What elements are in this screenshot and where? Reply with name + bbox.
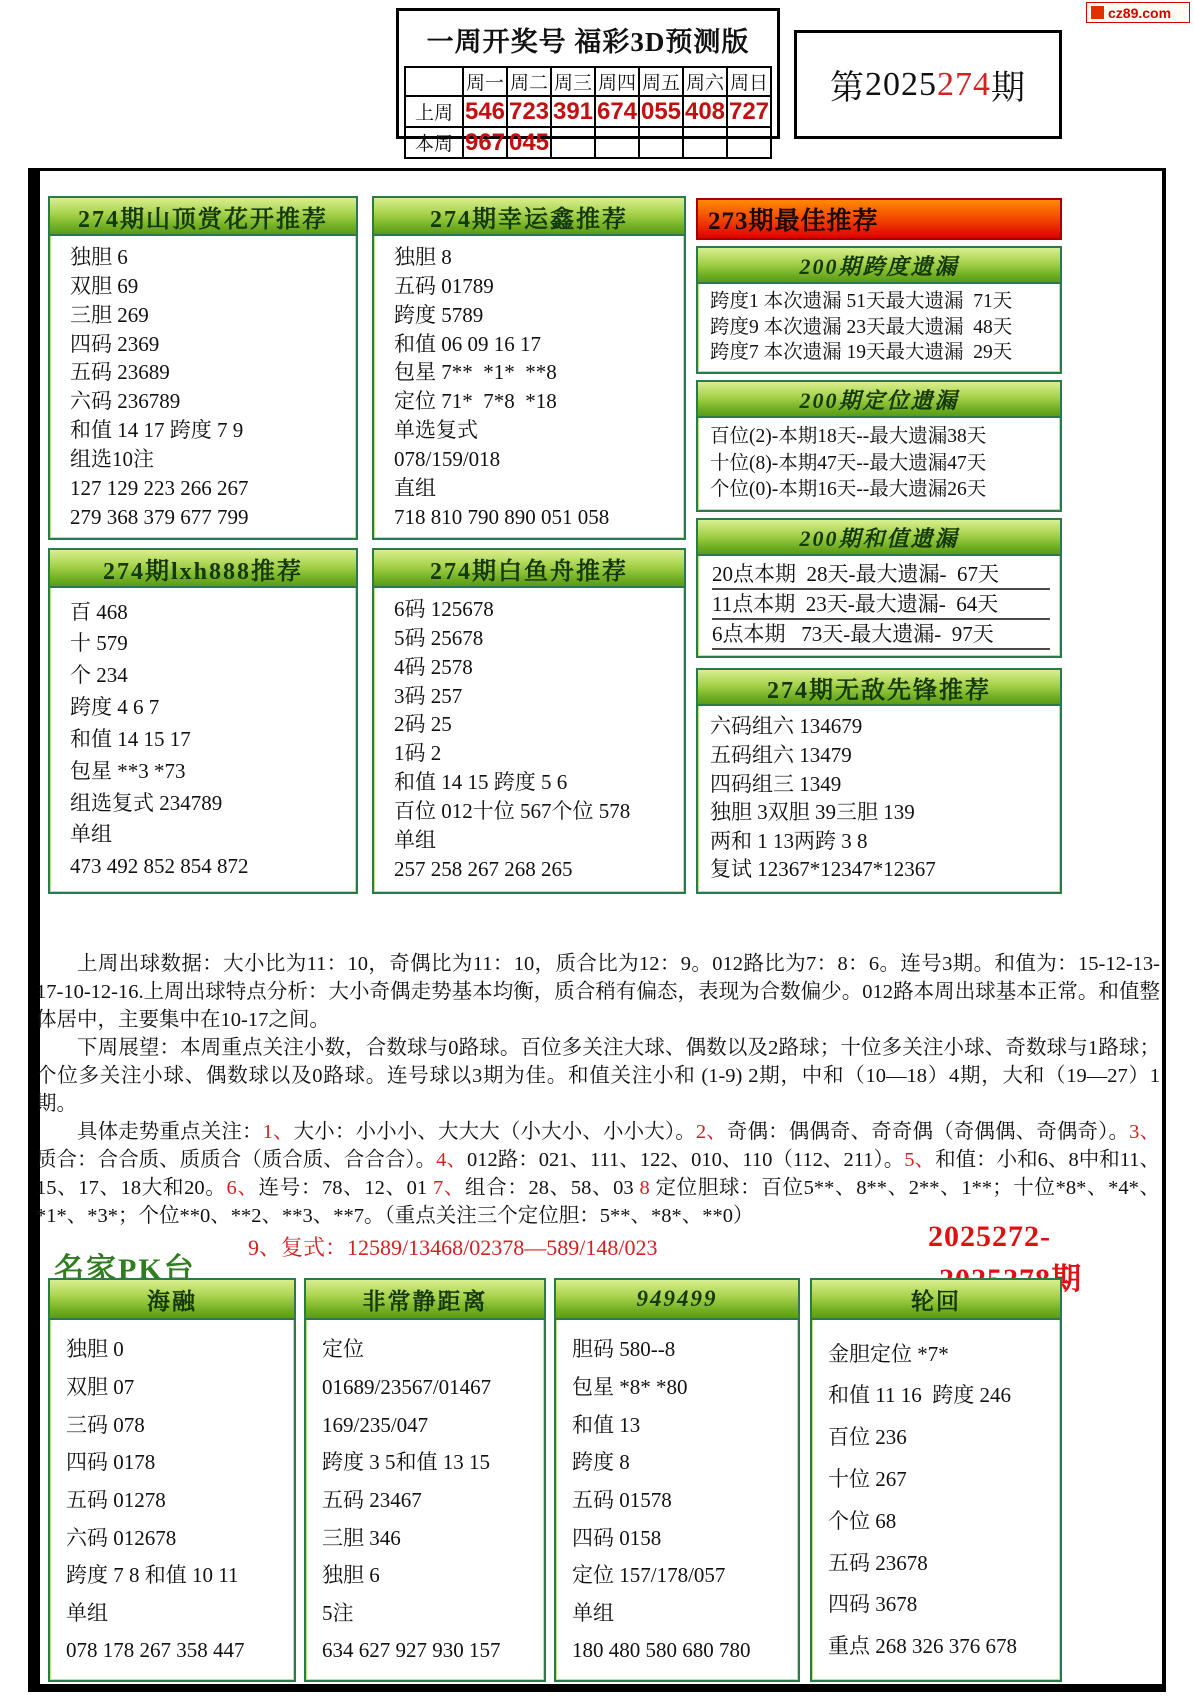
text-line: 五码 23678: [828, 1551, 1050, 1575]
text-line: 六码 012678: [66, 1526, 284, 1550]
text-line: 和值 11 16 跨度 246: [828, 1383, 1050, 1407]
text-line: 跨度 7 8 和值 10 11: [66, 1563, 284, 1587]
text-segment: 质合：合合质、质质合（质合质、合合合）。: [36, 1149, 436, 1171]
text-line: 独胆 8: [394, 245, 674, 269]
text-line: 四码 3678: [828, 1592, 1050, 1616]
panel-xingyunxin: 274期幸运鑫推荐 独胆 8五码 01789跨度 5789和值 06 09 16…: [372, 196, 686, 540]
text-line: 01689/23567/01467: [322, 1375, 534, 1399]
panel-lunhui: 轮回 金胆定位 *7*和值 11 16 跨度 246百位 236十位 267个位…: [810, 1278, 1062, 1682]
text-line: 独胆 6: [322, 1563, 534, 1587]
text-line: 跨度 4 6 7: [70, 695, 346, 719]
text-line: 127 129 223 266 267: [70, 476, 346, 500]
panel-title: 274期白鱼舟推荐: [374, 550, 684, 588]
text-line: 169/235/047: [322, 1413, 534, 1437]
text-line: 257 258 267 268 265: [394, 857, 674, 881]
text-line: 四码 2369: [70, 332, 346, 356]
panel-title: 非常静距离: [306, 1280, 544, 1320]
panel-body: 20点本期 28天-最大遗漏- 67天11点本期 23天-最大遗漏- 64天6点…: [698, 556, 1060, 656]
prediction-sheet: cz89.com 一周开奖号 福彩3D预测版 周一 周二 周三 周四 周五 周六…: [0, 0, 1194, 1697]
draw-number: [727, 127, 771, 158]
draw-number: 408: [683, 96, 727, 127]
analysis-para-1: 上周出球数据：大小比为11：10，奇偶比为11：10，质合比为12：9。012路…: [36, 950, 1160, 1034]
text-line: 六码组六 134679: [710, 714, 1050, 738]
text-segment: 组合：28、58、03: [465, 1177, 639, 1199]
text-line: 11点本期 23天-最大遗漏- 64天: [712, 592, 1050, 620]
text-line: 单组: [394, 828, 674, 852]
panel-body: 定位01689/23567/01467169/235/047跨度 3 5和值 1…: [306, 1320, 544, 1680]
text-line: 单组: [572, 1601, 788, 1625]
text-line: 个位 68: [828, 1509, 1050, 1533]
text-line: 组选复式 234789: [70, 791, 346, 815]
text-line: 078/159/018: [394, 447, 674, 471]
text-line: 定位 71* 7*8 *18: [394, 389, 674, 413]
text-line: 180 480 580 680 780: [572, 1638, 788, 1662]
text-line: 6码 125678: [394, 597, 674, 621]
text-line: 包星 **3 *73: [70, 759, 346, 783]
panel-title: 274期山顶赏花开推荐: [50, 198, 356, 236]
text-line: 百位 236: [828, 1425, 1050, 1449]
analysis-text: 上周出球数据：大小比为11：10，奇偶比为11：10，质合比为12：9。012路…: [36, 950, 1160, 1262]
text-line: 定位 157/178/057: [572, 1563, 788, 1587]
text-line: 重点 268 326 376 678: [828, 1634, 1050, 1658]
panel-position-omission: 200期定位遗漏 百位(2)-本期18天--最大遗漏38天十位(8)-本期47天…: [696, 380, 1062, 512]
text-line: 三胆 269: [70, 303, 346, 327]
text-segment: 3、: [1129, 1121, 1160, 1143]
text-line: 718 810 790 890 051 058: [394, 505, 674, 529]
text-line: 6点本期 73天-最大遗漏- 97天: [712, 622, 1050, 650]
text-line: 组选10注: [70, 447, 346, 471]
panel-body: 6码 1256785码 256784码 25783码 2572码 251码 2和…: [374, 588, 684, 890]
draw-number: [595, 127, 639, 158]
text-line: 4码 2578: [394, 655, 674, 679]
table-row: 上周 546 723 391 674 055 408 727: [405, 96, 771, 127]
analysis-para-2: 下周展望：本周重点关注小数，合数球与0路球。百位多关注大球、偶数以及2路球；十位…: [36, 1034, 1160, 1118]
text-line: 跨度9 本次遗漏 23天最大遗漏 48天: [710, 317, 1050, 339]
text-line: 单组: [66, 1601, 284, 1625]
text-line: 5码 25678: [394, 626, 674, 650]
text-line: 跨度 8: [572, 1450, 788, 1474]
text-segment: 2、: [696, 1121, 727, 1143]
panel-title: 949499: [556, 1280, 798, 1320]
text-segment: 4、: [436, 1149, 467, 1171]
table-row: 本周 967 045: [405, 127, 771, 158]
text-line: 胆码 580--8: [572, 1337, 788, 1361]
text-line: 单选复式: [394, 418, 674, 442]
text-line: 独胆 6: [70, 245, 346, 269]
text-segment: 5、: [904, 1149, 935, 1171]
corner-cell: [405, 67, 463, 96]
text-line: 078 178 267 358 447: [66, 1638, 284, 1662]
text-line: 百 468: [70, 600, 346, 624]
draw-number: 391: [551, 96, 595, 127]
text-segment: 6、: [226, 1177, 258, 1199]
issue-year: 2025: [865, 66, 937, 104]
row-label: 上周: [405, 96, 463, 127]
row-label: 本周: [405, 127, 463, 158]
day-header: 周三: [551, 67, 595, 96]
panel-body: 独胆 8五码 01789跨度 5789和值 06 09 16 17包星 7** …: [374, 236, 684, 538]
panel-body: 跨度1 本次遗漏 51天最大遗漏 71天跨度9 本次遗漏 23天最大遗漏 48天…: [698, 284, 1060, 372]
panel-sum-omission: 200期和值遗漏 20点本期 28天-最大遗漏- 67天11点本期 23天-最大…: [696, 518, 1062, 658]
panel-body: 独胆 0双胆 07三码 078四码 0178五码 01278六码 012678跨…: [50, 1320, 294, 1680]
text-line: 和值 14 15 跨度 5 6: [394, 770, 674, 794]
text-segment: 连号：78、12、01: [259, 1177, 433, 1199]
draw-number: 674: [595, 96, 639, 127]
text-line: 独胆 3双胆 39三胆 139: [710, 800, 1050, 824]
text-line: 跨度 5789: [394, 303, 674, 327]
panel-span-omission: 200期跨度遗漏 跨度1 本次遗漏 51天最大遗漏 71天跨度9 本次遗漏 23…: [696, 246, 1062, 374]
day-header: 周一: [463, 67, 507, 96]
text-line: 四码 0158: [572, 1526, 788, 1550]
panel-title: 海融: [50, 1280, 294, 1320]
text-line: 五码 01789: [394, 274, 674, 298]
panel-baiyuzhou: 274期白鱼舟推荐 6码 1256785码 256784码 25783码 257…: [372, 548, 686, 894]
draw-number: [639, 127, 683, 158]
text-line: 和值 06 09 16 17: [394, 332, 674, 356]
text-line: 2码 25: [394, 712, 674, 736]
panel-body: 百 468十 579个 234跨度 4 6 7和值 14 15 17包星 **3…: [50, 588, 356, 890]
panel-body: 独胆 6双胆 69三胆 269四码 2369五码 23689六码 236789和…: [50, 236, 356, 538]
text-line: 百位(2)-本期18天--最大遗漏38天: [710, 426, 1050, 448]
text-line: 五码 23689: [70, 360, 346, 384]
text-segment: 7、: [433, 1177, 465, 1199]
panel-title: 200期定位遗漏: [698, 382, 1060, 418]
site-logo[interactable]: cz89.com: [1086, 2, 1190, 23]
text-line: 定位: [322, 1337, 534, 1361]
draw-number: [551, 127, 595, 158]
text-segment: 1、: [263, 1121, 294, 1143]
text-line: 金胆定位 *7*: [828, 1342, 1050, 1366]
issue-suffix: 期: [991, 60, 1026, 109]
text-line: 五码 23467: [322, 1488, 534, 1512]
draw-number: 546: [463, 96, 507, 127]
text-segment: 012路：021、111、122、010、110（112、211）。: [467, 1149, 904, 1171]
panel-shanding: 274期山顶赏花开推荐 独胆 6双胆 69三胆 269四码 2369五码 236…: [48, 196, 358, 540]
draw-number: 045: [507, 127, 551, 158]
draw-number: 055: [639, 96, 683, 127]
text-line: 5注: [322, 1601, 534, 1625]
day-header: 周四: [595, 67, 639, 96]
text-line: 十位 267: [828, 1467, 1050, 1491]
text-line: 包星 7** *1* **8: [394, 360, 674, 384]
text-line: 三胆 346: [322, 1526, 534, 1550]
day-header: 周二: [507, 67, 551, 96]
text-line: 十 579: [70, 631, 346, 655]
panel-title: 274期无敌先锋推荐: [698, 670, 1060, 706]
table-row: 周一 周二 周三 周四 周五 周六 周日: [405, 67, 771, 96]
text-line: 直组: [394, 476, 674, 500]
text-line: 双胆 07: [66, 1375, 284, 1399]
issue-number: 274: [937, 66, 991, 104]
text-line: 六码 236789: [70, 389, 346, 413]
panel-title: 274期lxh888推荐: [50, 550, 356, 588]
text-line: 和值 14 15 17: [70, 727, 346, 751]
panel-title: 轮回: [812, 1280, 1060, 1320]
draw-number: 967: [463, 127, 507, 158]
text-line: 五码 01578: [572, 1488, 788, 1512]
panel-title: 200期和值遗漏: [698, 520, 1060, 556]
text-line: 四码组三 1349: [710, 772, 1050, 796]
panel-feichangjingjuli: 非常静距离 定位01689/23567/01467169/235/047跨度 3…: [304, 1278, 546, 1682]
analysis-para-3: 具体走势重点关注：1、大小：小小小、大大大（小大小、小小大）。2、奇偶：偶偶奇、…: [36, 1118, 1160, 1230]
text-segment: 8: [639, 1177, 655, 1199]
text-line: 包星 *8* *80: [572, 1375, 788, 1399]
panel-lxh888: 274期lxh888推荐 百 468十 579个 234跨度 4 6 7和值 1…: [48, 548, 358, 894]
best-recommendation-header: 273期最佳推荐: [696, 198, 1062, 240]
panel-body: 六码组六 134679五码组六 13479四码组三 1349独胆 3双胆 39三…: [698, 706, 1060, 890]
text-line: 634 627 927 930 157: [322, 1638, 534, 1662]
text-line: 1码 2: [394, 741, 674, 765]
text-line: 473 492 852 854 872: [70, 854, 346, 878]
logo-icon: [1091, 6, 1104, 19]
draw-number: [683, 127, 727, 158]
text-segment: 大小：小小小、大大大（小大小、小小大）。: [294, 1121, 696, 1143]
panel-body: 百位(2)-本期18天--最大遗漏38天十位(8)-本期47天--最大遗漏47天…: [698, 418, 1060, 510]
day-header: 周五: [639, 67, 683, 96]
issue-number-box: 第2025274期: [794, 30, 1062, 139]
text-line: 复试 12367*12347*12367: [710, 857, 1050, 881]
text-line: 四码 0178: [66, 1450, 284, 1474]
text-line: 3码 257: [394, 684, 674, 708]
text-line: 独胆 0: [66, 1337, 284, 1361]
panel-title: 200期跨度遗漏: [698, 248, 1060, 284]
text-line: 跨度 3 5和值 13 15: [322, 1450, 534, 1474]
text-line: 跨度7 本次遗漏 19天最大遗漏 29天: [710, 342, 1050, 364]
text-line: 20点本期 28天-最大遗漏- 67天: [712, 562, 1050, 590]
panel-949499: 949499 胆码 580--8包星 *8* *80和值 13跨度 8五码 01…: [554, 1278, 800, 1682]
panel-hairong: 海融 独胆 0双胆 07三码 078四码 0178五码 01278六码 0126…: [48, 1278, 296, 1682]
draw-number: 727: [727, 96, 771, 127]
weekly-results-table: 周一 周二 周三 周四 周五 周六 周日 上周 546 723 391 674 …: [404, 66, 772, 159]
text-segment: 具体走势重点关注：: [77, 1121, 263, 1143]
text-line: 三码 078: [66, 1413, 284, 1437]
day-header: 周日: [727, 67, 771, 96]
text-line: 五码 01278: [66, 1488, 284, 1512]
text-segment: 奇偶：偶偶奇、奇奇偶（奇偶偶、奇偶奇）。: [727, 1121, 1129, 1143]
panel-body: 胆码 580--8包星 *8* *80和值 13跨度 8五码 01578四码 0…: [556, 1320, 798, 1680]
text-line: 五码组六 13479: [710, 743, 1050, 767]
text-line: 和值 14 17 跨度 7 9: [70, 418, 346, 442]
weekly-results-box: 一周开奖号 福彩3D预测版 周一 周二 周三 周四 周五 周六 周日 上周 54…: [396, 8, 780, 139]
text-line: 双胆 69: [70, 274, 346, 298]
text-line: 跨度1 本次遗漏 51天最大遗漏 71天: [710, 291, 1050, 313]
text-line: 279 368 379 677 799: [70, 505, 346, 529]
text-line: 十位(8)-本期47天--最大遗漏47天: [710, 453, 1050, 475]
text-line: 个位(0)-本期16天--最大遗漏26天: [710, 479, 1050, 501]
panel-wudi: 274期无敌先锋推荐 六码组六 134679五码组六 13479四码组三 134…: [696, 668, 1062, 894]
draw-number: 723: [507, 96, 551, 127]
text-line: 百位 012十位 567个位 578: [394, 799, 674, 823]
text-line: 和值 13: [572, 1413, 788, 1437]
day-header: 周六: [683, 67, 727, 96]
panel-title: 274期幸运鑫推荐: [374, 198, 684, 236]
sheet-title: 一周开奖号 福彩3D预测版: [399, 11, 777, 59]
text-line: 个 234: [70, 663, 346, 687]
text-line: 单组: [70, 822, 346, 846]
issue-prefix: 第: [830, 60, 865, 109]
text-line: 两和 1 13两跨 3 8: [710, 829, 1050, 853]
logo-text: cz89.com: [1108, 6, 1171, 20]
panel-body: 金胆定位 *7*和值 11 16 跨度 246百位 236十位 267个位 68…: [812, 1320, 1060, 1680]
